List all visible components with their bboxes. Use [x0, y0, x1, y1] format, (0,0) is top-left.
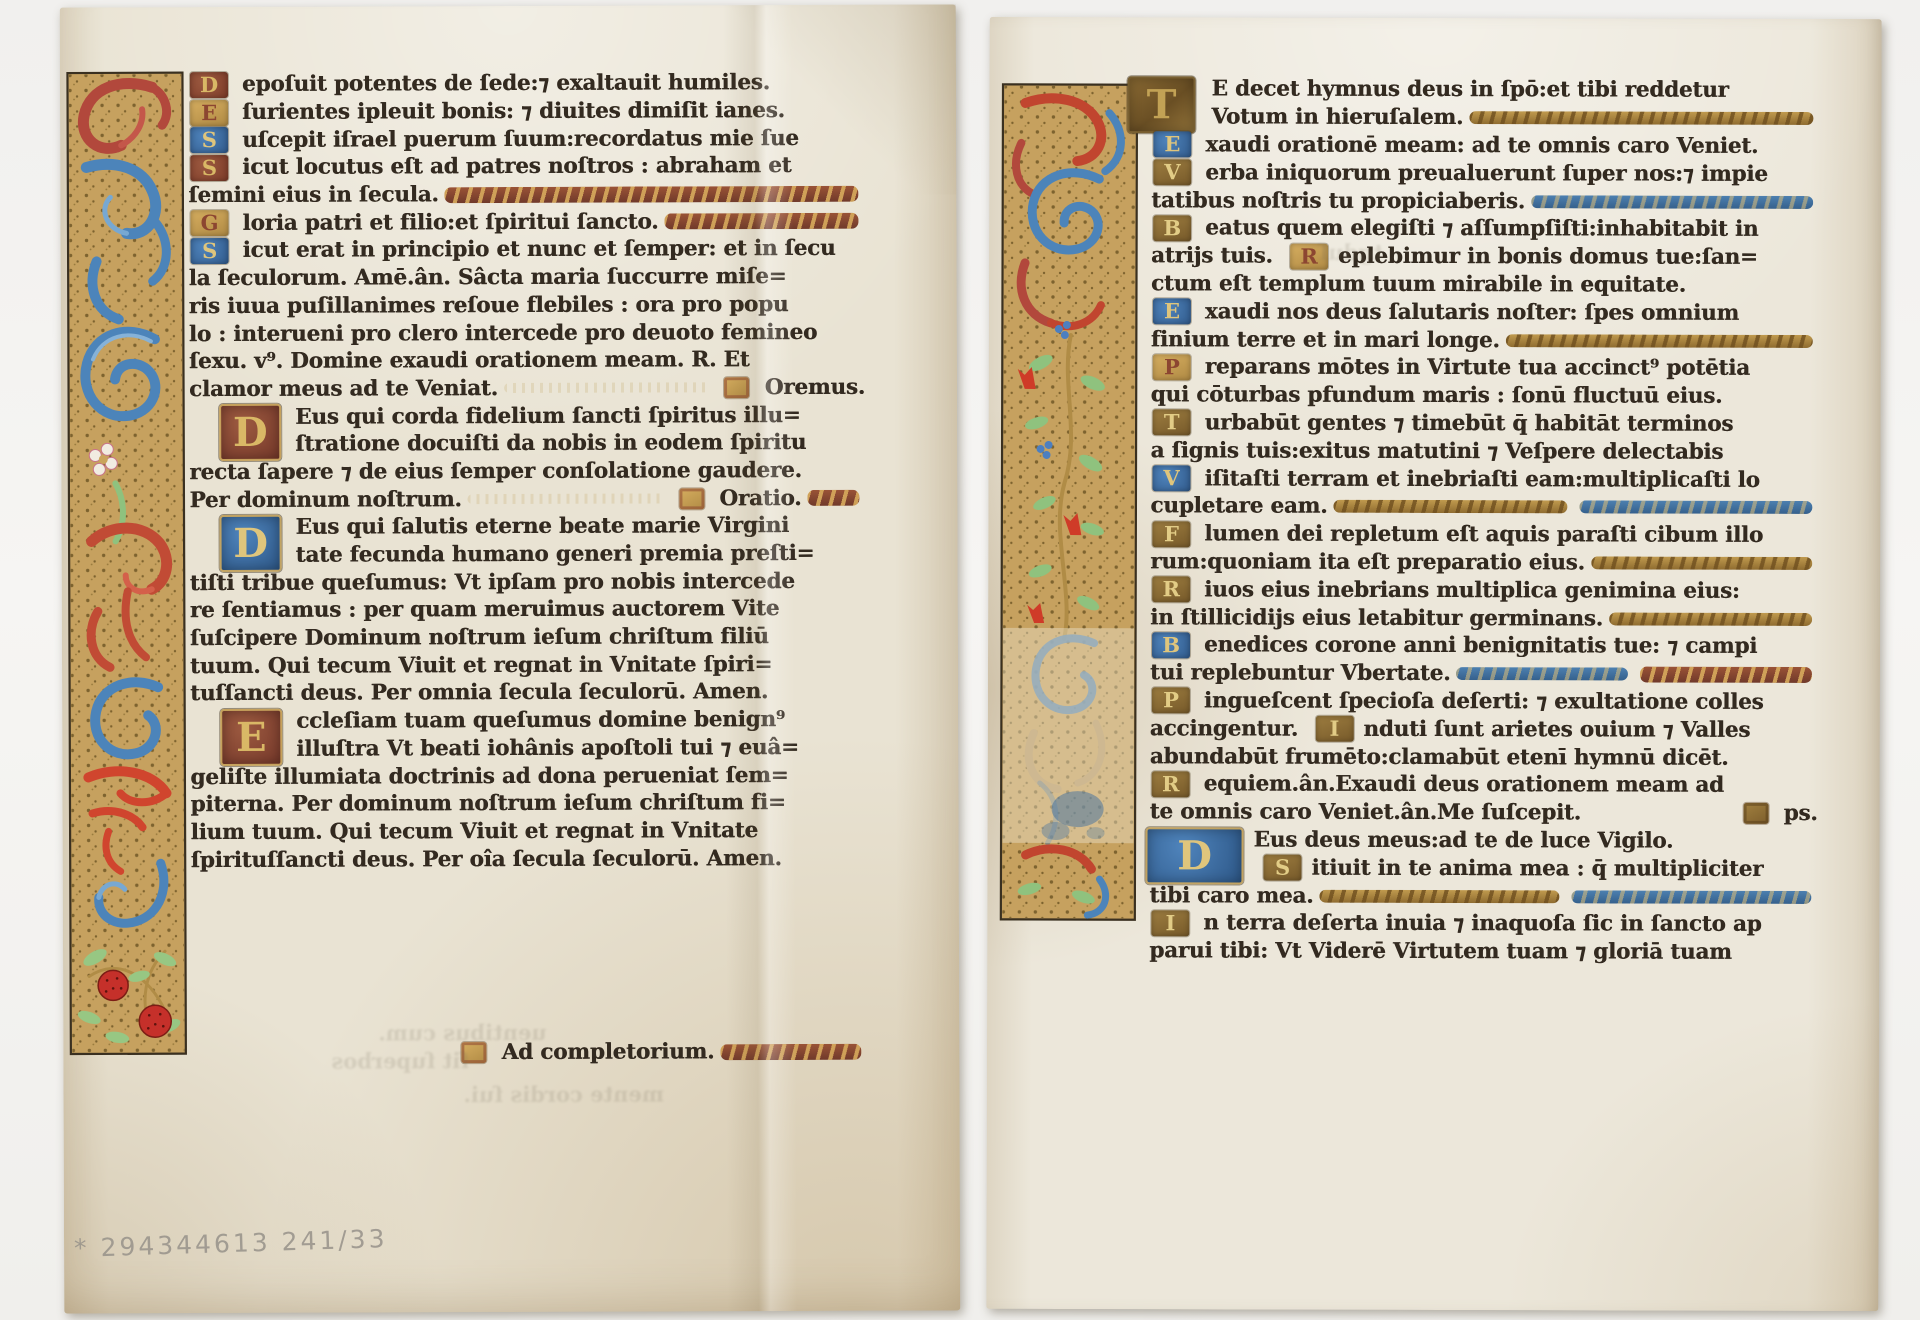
text-run: atrijs tuis. — [1151, 243, 1280, 268]
versal-initial: V — [1152, 465, 1190, 491]
paraph-block — [679, 488, 704, 509]
manuscript-line: tui replebuntur Vbertate. — [1150, 659, 1818, 689]
text-run: ſuſcipere Dominum noſtrum ieſum chriſtum… — [190, 624, 769, 651]
versal-initial: R — [1152, 576, 1190, 602]
text-run: Oratio. — [712, 486, 802, 511]
line-filler — [664, 213, 858, 230]
versal-initial: T — [1153, 410, 1191, 436]
text-run: urbabūt gentes ⁊ timebūt q̄ habitāt term… — [1205, 410, 1734, 436]
show-through-right — [990, 17, 1882, 19]
text-run: parui tibi: Vt Viderē Virtutem tuam ⁊ gl… — [1149, 938, 1731, 965]
text-run: tiſti tribue queſumus: Vt ipſam pro nobi… — [190, 569, 795, 596]
manuscript-line: Eſurientes ipleuit bonis: ⁊ diuites dimi… — [188, 96, 864, 126]
text-run: recta ſapere ⁊ de eius ſemper conſolatio… — [189, 458, 801, 485]
text-run: ſurientes ipleuit bonis: ⁊ diuites dimiſ… — [242, 98, 785, 125]
text-run: qui cōturbas pfundum maris : ſonū fluctu… — [1151, 382, 1723, 408]
versal-initial: P — [1153, 354, 1191, 380]
ghost-show-through-text: tgduſ — [1319, 240, 1382, 265]
line-filler — [1469, 111, 1813, 125]
manuscript-line: in ſtillicidijs eius letabitur germinans… — [1150, 603, 1818, 633]
manuscript-line: tate fecunda humano generi premia preſti… — [190, 539, 866, 569]
line-filler — [445, 185, 859, 202]
text-run: n terra deſerta inuia ⁊ inaquoſa ſic in … — [1203, 911, 1761, 937]
manuscript-line — [191, 955, 867, 985]
text-run: Eus qui corda fidelium ſancti ſpiritus i… — [295, 403, 800, 430]
manuscript-line: re ſentiamus : per quam meruimus auctore… — [190, 595, 866, 625]
manuscript-line: ſuſcipere Dominum noſtrum ieſum chriſtum… — [190, 623, 866, 653]
line-filler — [807, 490, 859, 506]
manuscript-line: piterna. Per dominum noſtrum ieſum chriſ… — [190, 789, 866, 819]
manuscript-line: illuſtra Vt beati iohânis apoſtoli tui ⁊… — [190, 733, 866, 763]
manuscript-line: finium terre et in mari longe. — [1151, 325, 1819, 355]
text-run: Oremus. — [757, 375, 865, 400]
paraph-block — [1743, 803, 1768, 824]
text-run: geliſte illumiata doctrinis ad dona peru… — [190, 763, 788, 790]
manuscript-line: ris iuua puſillanimes reſoue flebiles : … — [189, 290, 865, 320]
manuscript-line: tuſſancti deus. Per omnia ſecula ſeculor… — [190, 678, 866, 708]
text-run: iſitaſti terram et inebriaſti eam:multip… — [1204, 466, 1759, 492]
manuscript-line: geliſte illumiata doctrinis ad dona peru… — [190, 761, 866, 791]
text-run: eatus quem elegiſti ⁊ aſſumpſiſti:inhabi… — [1205, 216, 1758, 242]
show-through-left — [60, 4, 956, 7]
text-run: ſexu. v⁹. Domine exaudi orationem meam. … — [189, 347, 750, 374]
text-run: tate fecunda humano generi premia preſti… — [296, 541, 815, 568]
versal-initial: P — [1152, 688, 1190, 714]
versal-initial: I — [1151, 910, 1189, 936]
line-filler — [1571, 890, 1811, 904]
text-run: erba iniquorum preualuerunt ſuper nos:⁊ … — [1205, 160, 1768, 186]
text-run: te omnis caro Veniet.ân.Me ſuſcepit. — [1150, 799, 1581, 825]
text-run: ſemini eius in ſecula. — [188, 182, 438, 208]
manuscript-line: Requiem.ân.Exaudi deus orationem meam ad — [1150, 770, 1818, 800]
text-run: reparans mōtes in Virtute tua accinct⁹ p… — [1205, 355, 1750, 381]
text-run: accingentur. — [1150, 716, 1306, 741]
text-run: xaudi orationē meam: ad te omnis caro Ve… — [1205, 132, 1758, 158]
text-run: finium terre et in mari longe. — [1151, 327, 1500, 353]
manuscript-line: rum:quoniam ita eſt preparatio eius. — [1150, 548, 1818, 578]
manuscript-leaf-right: TE decet hymnus deus in ſpō:et tibi redd… — [986, 17, 1881, 1311]
text-run: tui replebuntur Vbertate. — [1150, 660, 1451, 686]
manuscript-line — [191, 927, 867, 957]
text-run: tatibus noſtris tu propiciaberis. — [1151, 188, 1525, 214]
manuscript-line: te omnis caro Veniet.ân.Me ſuſcepit. ps. — [1150, 798, 1818, 828]
manuscript-line: Exaudi nos deus ſalutaris noſter: ſpes o… — [1151, 298, 1819, 328]
text-run: cupletare eam. — [1150, 494, 1327, 519]
text-run: ingueſcent ſpecioſa deſerti: ⁊ exultatio… — [1204, 688, 1764, 714]
text-run: equiem.ân.Exaudi deus orationem meam ad — [1204, 772, 1724, 798]
manuscript-line — [191, 982, 867, 1012]
text-run: uſcepit iſrael puerum ſuum:recordatus mi… — [242, 126, 799, 153]
versal-initial: S — [191, 238, 229, 264]
text-run: loria patri et filio:et ſpiritui ſancto. — [242, 209, 658, 235]
text-run: enedices corone anni benignitatis tue: ⁊… — [1204, 633, 1757, 659]
text-run: icut locutus eſt ad patres noſtros : abr… — [242, 153, 791, 180]
line-filler — [1333, 500, 1567, 514]
versal-initial: D — [190, 72, 228, 98]
versal-initial: R — [1152, 771, 1190, 797]
line-filler — [1640, 666, 1812, 682]
text-run: lium tuum. Qui tecum Viuit et regnat in … — [191, 818, 758, 845]
text-run: Votum in hieruſalem. — [1211, 105, 1463, 131]
text-run: nduti ſunt arietes ouium ⁊ Valles — [1363, 717, 1750, 743]
manuscript-line: lo : interueni pro clero intercede pro d… — [189, 318, 865, 348]
text-run: tibi caro mea. — [1149, 883, 1313, 908]
manuscript-line: tibi caro mea. — [1149, 881, 1817, 911]
manuscript-line: tiſti tribue queſumus: Vt ipſam pro nobi… — [190, 567, 866, 597]
manuscript-line: Viſitaſti terram et inebriaſti eam:multi… — [1150, 464, 1818, 494]
text-run: rum:quoniam ita eſt preparatio eius. — [1150, 549, 1585, 575]
manuscript-line: Sitiuit in te anima mea : q̄ multiplicit… — [1149, 854, 1817, 884]
manuscript-line: Pingueſcent ſpecioſa deſerti: ⁊ exultati… — [1150, 687, 1818, 717]
manuscript-line: ſemini eius in ſecula. — [188, 180, 864, 210]
manuscript-line: TE decet hymnus deus in ſpō:et tibi redd… — [1151, 75, 1819, 105]
text-run: ris iuua puſillanimes reſoue flebiles : … — [189, 292, 789, 319]
text-run: clamor meus ad te Veniat. — [189, 376, 498, 402]
manuscript-line: DEus qui corda fidelium ſancti ſpiritus … — [189, 401, 865, 431]
text-run: la ſeculorum. Amē.ân. Sâcta maria ſuccur… — [189, 264, 787, 291]
manuscript-line: la ſeculorum. Amē.ân. Sâcta maria ſuccur… — [189, 263, 865, 293]
versal-initial: F — [1152, 521, 1190, 547]
text-run: Eus qui ſalutis eterne beate marie Virgi… — [295, 513, 789, 540]
versal-initial: I — [1315, 716, 1353, 742]
text-run: tuſſancti deus. Per omnia ſecula ſeculor… — [190, 680, 768, 707]
manuscript-line: Sicut erat in principio et nunc et ſempe… — [189, 235, 865, 265]
text-run: re ſentiamus : per quam meruimus auctore… — [190, 596, 779, 623]
text-run: ſtratione docuiſti da nobis in eodem ſpi… — [295, 430, 806, 457]
text-run: tuum. Qui tecum Viuit et regnat in Vnita… — [190, 652, 772, 679]
manuscript-line — [191, 899, 867, 929]
manuscript-line: Votum in hieruſalem. — [1151, 103, 1819, 133]
text-run: eplebimur in bonis domus tue:ſan= — [1338, 244, 1758, 270]
ghost-show-through-text: ſit ſuperbos — [331, 1048, 469, 1073]
versal-initial: B — [1152, 632, 1190, 658]
manuscript-line: qui cōturbas pfundum maris : ſonū fluctu… — [1151, 381, 1819, 411]
illuminated-border-right — [999, 83, 1138, 921]
text-run: a ſignis tuis:exitus matutini ⁊ Veſpere … — [1151, 438, 1724, 464]
manuscript-line: Suſcepit iſrael puerum ſuum:recordatus m… — [188, 124, 864, 154]
manuscript-line: Per dominum noſtrum. Oratio. — [189, 484, 865, 514]
manuscript-line: Gloria patri et filio:et ſpiritui ſancto… — [188, 207, 864, 237]
text-run: ccleſiam tuam queſumus domine benign⁹ — [296, 707, 785, 734]
text-run: lumen dei repletum eſt aquis paraſti cib… — [1204, 522, 1763, 548]
manuscript-line: Turbabūt gentes ⁊ timebūt q̄ habitāt ter… — [1151, 409, 1819, 439]
text-run: illuſtra Vt beati iohânis apoſtoli tui ⁊… — [296, 735, 799, 762]
line-filler — [1591, 556, 1813, 570]
manuscript-line: accingentur. Induti ſunt arietes ouium ⁊… — [1150, 715, 1818, 745]
line-filler — [1506, 334, 1813, 348]
manuscript-line: a ſignis tuis:exitus matutini ⁊ Veſpere … — [1151, 437, 1819, 467]
manuscript-line: recta ſapere ⁊ de eius ſemper conſolatio… — [189, 456, 865, 486]
versal-initial: E — [190, 100, 228, 126]
line-filler — [468, 494, 665, 505]
line-filler — [1319, 889, 1559, 903]
manuscript-line: atrijs tuis. Replebimur in bonis domus t… — [1151, 242, 1819, 272]
text-run: ps. — [1776, 801, 1817, 826]
manuscript-line: Eccleſiam tuam queſumus domine benign⁹ — [190, 706, 866, 736]
versal-initial: E — [1153, 132, 1191, 158]
manuscript-line: tatibus noſtris tu propiciaberis. — [1151, 186, 1819, 216]
versal-initial: B — [1153, 215, 1191, 241]
pencil-annotation: * 294344613 241/33 — [74, 1224, 388, 1263]
manuscript-line — [191, 872, 867, 902]
text-run: abundabūt frumēto:clamabūt etenī hymnū d… — [1150, 744, 1729, 771]
ghost-show-through-text: uentibus cum. — [378, 1020, 546, 1046]
text-run: xaudi nos deus ſalutaris noſter: ſpes om… — [1205, 299, 1739, 325]
manuscript-line: parui tibi: Vt Viderē Virtutem tuam ⁊ gl… — [1149, 937, 1817, 967]
line-filler — [1587, 807, 1729, 820]
text-run: lo : interueni pro clero intercede pro d… — [189, 319, 817, 346]
manuscript-line: DEus qui ſalutis eterne beate marie Virg… — [189, 512, 865, 542]
manuscript-leaf-left: Depoſuit potentes de ſede:⁊ exaltauit hu… — [60, 4, 961, 1313]
text-run: Per dominum noſtrum. — [189, 487, 461, 513]
text-run: E decet hymnus deus in ſpō:et tibi redde… — [1211, 77, 1728, 103]
line-filler — [1579, 501, 1813, 515]
line-filler — [720, 1044, 861, 1060]
text-run: piterna. Per dominum noſtrum ieſum chriſ… — [190, 790, 785, 817]
text-run: ctum eſt templum tuum mirabile in equita… — [1151, 271, 1686, 297]
manuscript-line: Preparans mōtes in Virtute tua accinct⁹ … — [1151, 353, 1819, 383]
paraph-block — [724, 377, 749, 398]
versal-initial: S — [190, 127, 228, 153]
manuscript-line: cupletare eam. — [1150, 492, 1818, 522]
manuscript-line: Beatus quem elegiſti ⁊ aſſumpſiſti:inhab… — [1151, 214, 1819, 244]
manuscript-line: lium tuum. Qui tecum Viuit et regnat in … — [191, 816, 867, 846]
photograph-backdrop: Depoſuit potentes de ſede:⁊ exaltauit hu… — [0, 0, 1920, 1320]
text-run: itiuit in te anima mea : q̄ multiplicite… — [1311, 855, 1763, 881]
line-filler — [504, 383, 711, 394]
manuscript-line: Riuos eius inebrians multiplica genimina… — [1150, 576, 1818, 606]
text-run: in ſtillicidijs eius letabitur germinans… — [1150, 605, 1603, 631]
versal-initial: G — [190, 210, 228, 236]
line-filler — [1456, 667, 1628, 680]
text-run: Eus deus meus:ad te de luce Vigilo. — [1254, 827, 1674, 853]
manuscript-line: ſpirituſſancti deus. Per oîa ſecula ſecu… — [191, 844, 867, 874]
illuminated-border-left — [66, 71, 187, 1055]
manuscript-line: Exaudi orationē meam: ad te omnis caro V… — [1151, 131, 1819, 161]
manuscript-line: In terra deſerta inuia ⁊ inaquoſa ſic in… — [1149, 909, 1817, 939]
text-run: iuos eius inebrians multiplica genimina … — [1204, 577, 1740, 603]
manuscript-line: Flumen dei repletum eſt aquis paraſti ci… — [1150, 520, 1818, 550]
text-run: ſpirituſſancti deus. Per oîa ſecula ſecu… — [191, 846, 782, 873]
versal-initial: E — [1153, 299, 1191, 325]
manuscript-line: Sicut locutus eſt ad patres noſtros : ab… — [188, 152, 864, 182]
versal-initial: S — [190, 155, 228, 181]
text-run: epoſuit potentes de ſede:⁊ exaltauit hum… — [242, 70, 770, 97]
manuscript-line: Depoſuit potentes de ſede:⁊ exaltauit hu… — [188, 69, 864, 99]
manuscript-line: abundabūt frumēto:clamabūt etenī hymnū d… — [1150, 742, 1818, 772]
left-page-text: Depoſuit potentes de ſede:⁊ exaltauit hu… — [188, 69, 867, 1068]
ghost-show-through-text: mente cordis ſui. — [463, 1081, 664, 1107]
line-filler — [1531, 195, 1813, 209]
text-run: icut erat in principio et nunc et ſemper… — [243, 236, 836, 263]
manuscript-line: Verba iniquorum preualuerunt ſuper nos:⁊… — [1151, 159, 1819, 189]
versal-initial: V — [1153, 160, 1191, 186]
manuscript-line: tuum. Qui tecum Viuit et regnat in Vnita… — [190, 650, 866, 680]
manuscript-line: DEus deus meus:ad te de luce Vigilo. — [1150, 826, 1818, 856]
versal-initial: S — [1263, 855, 1301, 881]
line-filler — [1609, 612, 1812, 626]
manuscript-line: ctum eſt templum tuum mirabile in equita… — [1151, 270, 1819, 300]
manuscript-line: ſexu. v⁹. Domine exaudi orationem meam. … — [189, 346, 865, 376]
right-page-text: TE decet hymnus deus in ſpō:et tibi redd… — [1149, 75, 1819, 966]
manuscript-line: ſtratione docuiſti da nobis in eodem ſpi… — [189, 429, 865, 459]
manuscript-line: Benedices corone anni benignitatis tue: … — [1150, 631, 1818, 661]
manuscript-line: clamor meus ad te Veniat. Oremus. — [189, 373, 865, 403]
